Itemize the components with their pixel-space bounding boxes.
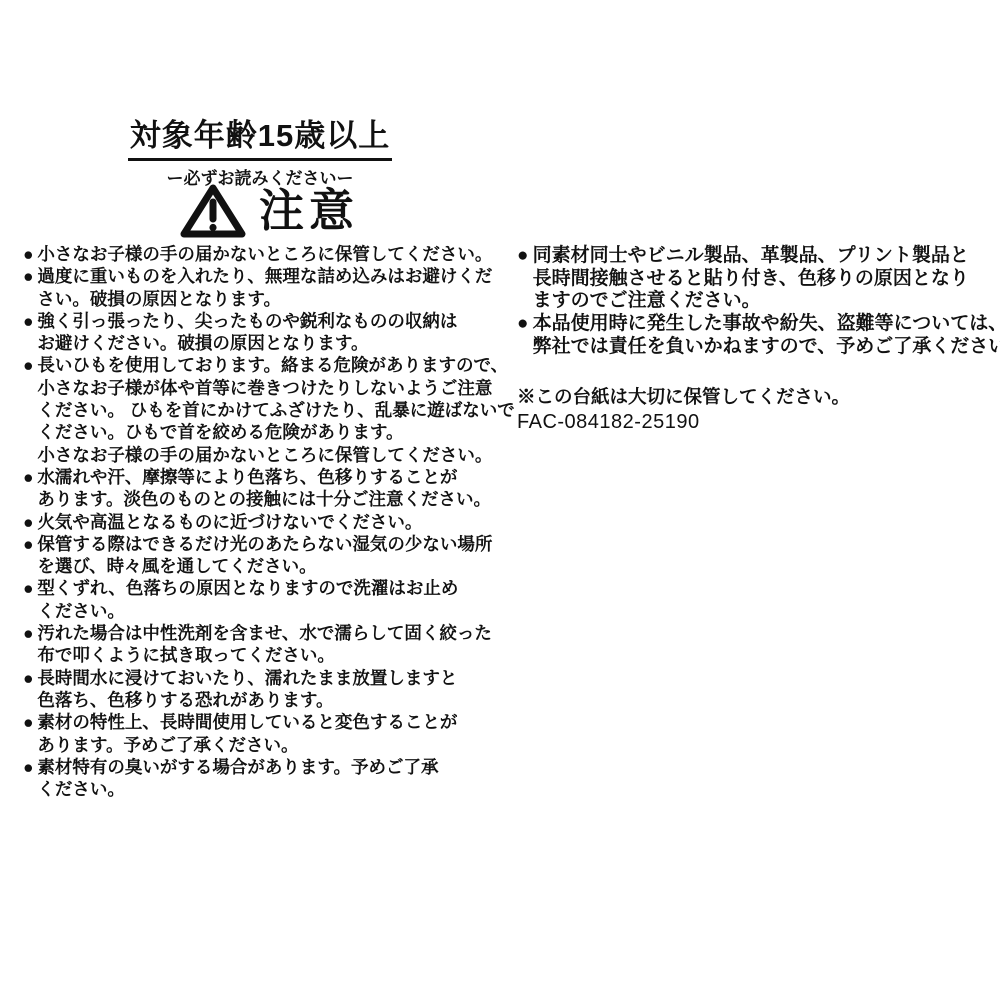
list-item: ●強く引っ張ったり、尖ったものや鋭利なものの収納はお避けください。破損の原因とな… [23, 310, 493, 355]
list-item-text: 過度に重いものを入れたり、無理な詰め込みはお避けください。破損の原因となります。 [37, 265, 493, 310]
bullet-icon: ● [517, 245, 533, 313]
header: 対象年齢15歳以上 ー必ずお読みくださいー [110, 110, 410, 189]
list-item: ●長時間水に浸けておいたり、濡れたまま放置しますと色落ち、色移りする恐れがありま… [23, 667, 493, 712]
text-line: 同素材同士やビニル製品、革製品、プリント製品と [533, 245, 991, 268]
text-line: 長いひもを使用しております。絡まる危険がありますので、 [37, 354, 514, 376]
text-line: お避けください。破損の原因となります。 [37, 332, 493, 354]
bullet-icon: ● [23, 756, 37, 801]
text-line: ください。 [37, 778, 493, 800]
target-age-label: 対象年齢15歳以上 [128, 110, 392, 161]
warnings-column-right: ●同素材同士やビニル製品、革製品、プリント製品と長時間接触させると貼り付き、色移… [517, 245, 991, 434]
text-line: ください。ひもで首を絞める危険があります。 [37, 421, 514, 443]
bullet-icon: ● [23, 265, 37, 310]
text-line: 長時間接触させると貼り付き、色移りの原因となり [533, 268, 991, 291]
text-line: 素材特有の臭いがする場合があります。予めご了承 [37, 756, 493, 778]
bullet-icon: ● [23, 622, 37, 667]
text-line: 火気や高温となるものに近づけないでください。 [37, 511, 493, 533]
bullet-icon: ● [23, 354, 37, 465]
list-item: ●素材特有の臭いがする場合があります。予めご了承ください。 [23, 756, 493, 801]
text-line: ますのでご注意ください。 [533, 290, 991, 313]
text-line: 小さなお子様の手の届かないところに保管してください。 [37, 243, 493, 265]
list-item-text: 保管する際はできるだけ光のあたらない湿気の少ない場所を選び、時々風を通してくださ… [37, 533, 493, 578]
bullet-icon: ● [23, 243, 37, 265]
list-item-text: 長いひもを使用しております。絡まる危険がありますので、小さなお子様が体や首等に巻… [37, 354, 514, 465]
caution-sheet: 対象年齢15歳以上 ー必ずお読みくださいー 注意 ●小さなお子様の手の届かないと… [0, 0, 1000, 1000]
warnings-list-right: ●同素材同士やビニル製品、革製品、プリント製品と長時間接触させると貼り付き、色移… [517, 245, 991, 359]
text-line: ください。 ひもを首にかけてふざけたり、乱暴に遊ばないで [37, 399, 514, 421]
list-item: ●小さなお子様の手の届かないところに保管してください。 [23, 243, 493, 265]
list-item: ●型くずれ、色落ちの原因となりますので洗濯はお止めください。 [23, 577, 493, 622]
bullet-icon: ● [23, 667, 37, 712]
bullet-icon: ● [23, 511, 37, 533]
text-line: 型くずれ、色落ちの原因となりますので洗濯はお止め [37, 577, 493, 599]
text-line: 弊社では責任を負いかねますので、予めご了承ください。 [533, 336, 1000, 359]
warning-triangle-exclamation-icon [179, 181, 247, 240]
list-item-text: 素材特有の臭いがする場合があります。予めご了承ください。 [37, 756, 493, 801]
list-item: ●素材の特性上、長時間使用していると変色することがあります。予めご了承ください。 [23, 711, 493, 756]
bullet-icon: ● [23, 466, 37, 511]
text-line: 本品使用時に発生した事故や紛失、盗難等については、 [533, 313, 1000, 336]
bullet-icon: ● [23, 711, 37, 756]
list-item-text: 型くずれ、色落ちの原因となりますので洗濯はお止めください。 [37, 577, 493, 622]
text-line: 布で叩くように拭き取ってください。 [37, 644, 493, 666]
list-item-text: 小さなお子様の手の届かないところに保管してください。 [37, 243, 493, 265]
list-item-text: 水濡れや汗、摩擦等により色落ち、色移りすることがあります。淡色のものとの接触には… [37, 466, 493, 511]
text-line: 汚れた場合は中性洗剤を含ませ、水で濡らして固く絞った [37, 622, 493, 644]
text-line: 保管する際はできるだけ光のあたらない湿気の少ない場所 [37, 533, 493, 555]
footer: ※この台紙は大切に保管してください。 FAC-084182-25190 [517, 386, 991, 434]
keep-card-note: ※この台紙は大切に保管してください。 [517, 386, 991, 409]
list-item: ●火気や高温となるものに近づけないでください。 [23, 511, 493, 533]
text-line: あります。予めご了承ください。 [37, 734, 493, 756]
list-item-text: 強く引っ張ったり、尖ったものや鋭利なものの収納はお避けください。破損の原因となり… [37, 310, 493, 355]
text-line: 過度に重いものを入れたり、無理な詰め込みはお避けくだ [37, 265, 493, 287]
bullet-icon: ● [23, 310, 37, 355]
list-item: ●水濡れや汗、摩擦等により色落ち、色移りすることがあります。淡色のものとの接触に… [23, 466, 493, 511]
list-item: ●本品使用時に発生した事故や紛失、盗難等については、弊社では責任を負いかねますの… [517, 313, 991, 358]
list-item: ●長いひもを使用しております。絡まる危険がありますので、小さなお子様が体や首等に… [23, 354, 493, 465]
list-item: ●同素材同士やビニル製品、革製品、プリント製品と長時間接触させると貼り付き、色移… [517, 245, 991, 313]
text-line: 色落ち、色移りする恐れがあります。 [37, 689, 493, 711]
list-item-text: 長時間水に浸けておいたり、濡れたまま放置しますと色落ち、色移りする恐れがあります… [37, 667, 493, 712]
text-line: 小さなお子様が体や首等に巻きつけたりしないようご注意 [37, 377, 514, 399]
list-item: ●汚れた場合は中性洗剤を含ませ、水で濡らして固く絞った布で叩くように拭き取ってく… [23, 622, 493, 667]
text-line: 強く引っ張ったり、尖ったものや鋭利なものの収納は [37, 310, 493, 332]
list-item-text: 本品使用時に発生した事故や紛失、盗難等については、弊社では責任を負いかねますので… [533, 313, 1000, 358]
list-item-text: 素材の特性上、長時間使用していると変色することがあります。予めご了承ください。 [37, 711, 493, 756]
text-line: さい。破損の原因となります。 [37, 288, 493, 310]
list-item-text: 火気や高温となるものに近づけないでください。 [37, 511, 493, 533]
text-line: 小さなお子様の手の届かないところに保管してください。 [37, 444, 514, 466]
text-line: 素材の特性上、長時間使用していると変色することが [37, 711, 493, 733]
list-item-text: 汚れた場合は中性洗剤を含ませ、水で濡らして固く絞った布で叩くように拭き取ってくだ… [37, 622, 493, 667]
list-item-text: 同素材同士やビニル製品、革製品、プリント製品と長時間接触させると貼り付き、色移り… [533, 245, 991, 313]
text-line: 水濡れや汗、摩擦等により色落ち、色移りすることが [37, 466, 493, 488]
text-line: を選び、時々風を通してください。 [37, 555, 493, 577]
text-line: あります。淡色のものとの接触には十分ご注意ください。 [37, 488, 493, 510]
bullet-icon: ● [517, 313, 533, 358]
bullet-icon: ● [23, 533, 37, 578]
text-line: 長時間水に浸けておいたり、濡れたまま放置しますと [37, 667, 493, 689]
list-item: ●過度に重いものを入れたり、無理な詰め込みはお避けください。破損の原因となります… [23, 265, 493, 310]
product-code: FAC-084182-25190 [517, 411, 991, 434]
list-item: ●保管する際はできるだけ光のあたらない湿気の少ない場所を選び、時々風を通してくだ… [23, 533, 493, 578]
text-line: ください。 [37, 600, 493, 622]
bullet-icon: ● [23, 577, 37, 622]
caution-title: 注意 [259, 188, 359, 233]
caution-heading: 注意 [179, 181, 359, 240]
warnings-column-left: ●小さなお子様の手の届かないところに保管してください。●過度に重いものを入れたり… [23, 243, 493, 800]
